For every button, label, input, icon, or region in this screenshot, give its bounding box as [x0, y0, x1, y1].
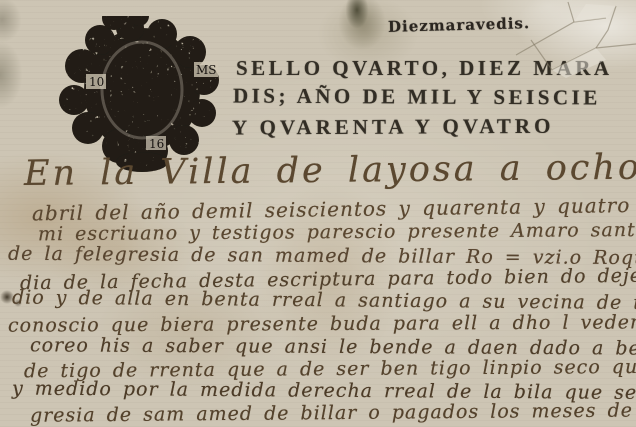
manuscript-photo: 10 MS 16 Diezmaravedis. SELLO QVARTO, DI…	[0, 0, 636, 427]
seal-right-value: MS	[196, 63, 217, 77]
handwritten-line-7: conoscio que biera presente buda para el…	[8, 311, 636, 336]
handwritten-line-3: mi escriuano y testigos parescio present…	[38, 219, 636, 245]
seal-ornate-border	[59, 16, 219, 172]
printed-header-line-3: Y QVARENTA Y QVATRO	[232, 111, 636, 143]
paper-crease-marks	[456, 0, 636, 110]
seal-year-fragment: 16	[149, 137, 164, 151]
handwritten-line-1: En la Villa de layosa a ocho dias d	[24, 146, 636, 194]
handwritten-line-11: gresia de sam amed de billar o pagados l…	[30, 399, 636, 426]
seal-left-value: 10	[89, 75, 104, 89]
official-seal-stamp-icon: 10 MS 16	[42, 16, 242, 172]
